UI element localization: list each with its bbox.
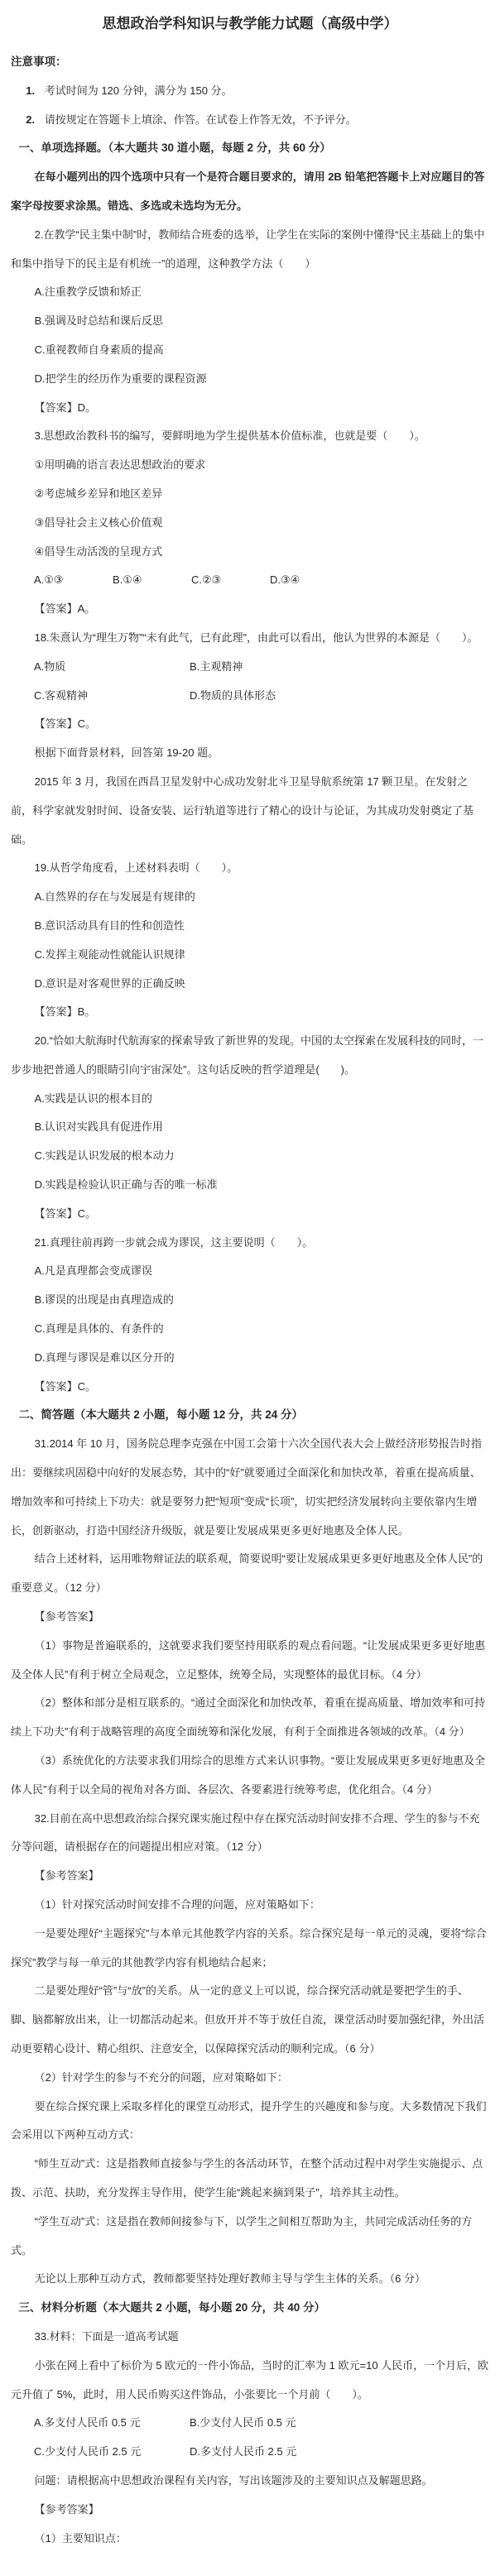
answer-point: （2）整体和部分是相互联系的。“通过全面深化和加快改革，着重在提高质量、增加效率… [11,1689,489,1747]
option-item: C.少支付人民币 2.5 元 [34,2438,190,2467]
question-20-option-d: D.实践是检验认识正确与否的唯一标准 [11,1171,489,1200]
exam-title: 思想政治学科知识与教学能力试题（高级中学） [11,13,489,35]
answer-point: （1）主要知识点： [11,2525,489,2554]
question-3-statement-3: ③倡导社会主义核心价值观 [11,509,489,538]
question-20-stem: 20.“恰如大航海时代航海家的探索导致了新世界的发现。中国的太空探索在发展科技的… [11,1027,489,1085]
option-item: A.物质 [34,653,190,682]
notice-number: 1. [26,84,35,97]
option-item: B.①④ [113,566,191,595]
question-2-option-d: D.把学生的经历作为重要的课程资源 [11,365,489,394]
option-item: B.主观精神 [190,653,243,682]
option-item: A.多支付人民币 0.5 元 [34,2409,190,2438]
notes-heading: 注意事项： [11,48,489,77]
answer-point: 要在综合探究课上采取多样化的课堂互动形式，提升学生的兴趣度和参与度。大多数情况下… [11,2093,489,2151]
question-21-option-d: D.真理与谬误是难以区分开的 [11,1344,489,1373]
question-33-option-row-1: A.多支付人民币 0.5 元B.少支付人民币 0.5 元 [11,2409,489,2438]
question-2-option-a: A.注重教学反馈和矫正 [11,278,489,307]
section-1-instructions: 在每小题列出的四个选项中只有一个是符合题目要求的，请用 2B 铅笔把答题卡上对应… [11,163,489,221]
option-item: B.少支付人民币 0.5 元 [190,2409,296,2438]
option-item: A.①③ [34,566,113,595]
reference-answer-label-q33: 【参考答案】 [11,2496,489,2525]
question-3-statement-1: ①用明确的语言表达思想政治的要求 [11,451,489,480]
notice-number: 2. [26,113,35,126]
question-19-option-b: B.意识活动具有目的性和创造性 [11,912,489,941]
option-item: C.客观精神 [34,682,190,711]
question-21-option-b: B.谬误的出现是由真理造成的 [11,1286,489,1315]
reference-answer-label-q31: 【参考答案】 [11,1603,489,1632]
question-33-task: 问题：请根据高中思想政治课程有关内容，写出该题涉及的主要知识点及解题思路。 [11,2467,489,2496]
section-3-heading: 三、材料分析题（本大题共 2 小题，每小题 20 分，共 40 分） [11,2294,489,2323]
question-2-option-c: C.重视教师自身素质的提高 [11,336,489,365]
question-3-stem: 3.思想政治教科书的编写，要鲜明地为学生提供基本价值标准，也就是要（ ）。 [11,422,489,451]
answer-point: “学生互动”式：这是指在教师间接参与下，以学生之间相互帮助为主，共同完成活动任务… [11,2208,489,2266]
question-31-task: 结合上述材料，运用唯物辩证法的联系观，简要说明“要让发展成果更多更好地惠及全体人… [11,1545,489,1603]
answer-q20: 【答案】C。 [11,1200,489,1229]
answer-q19: 【答案】B。 [11,998,489,1027]
question-19-stem: 19.从哲学角度看，上述材料表明（ ）。 [11,854,489,883]
reference-answer-label-q32: 【参考答案】 [11,1862,489,1891]
question-21-option-c: C.真理是具体的、有条件的 [11,1315,489,1344]
question-33-stem: 33.材料：下面是一道高考试题 [11,2323,489,2352]
question-3-statement-2: ②考虑城乡差异和地区差异 [11,480,489,509]
option-item: D.物质的具体形态 [190,682,276,711]
question-19-option-d: D.意识是对客观世界的正确反映 [11,970,489,999]
answer-point: 无论以上那种互动方式，教师都要坚持处理好教师主导与学生主体的关系。（6 分） [11,2265,489,2294]
question-19-option-a: A.自然界的存在与发展是有规律的 [11,883,489,912]
answer-point: 一是要处理好“主题探究”与本单元其他教学内容的关系。综合探究是每一单元的灵魂，要… [11,1920,489,1978]
answer-point: （3）系统优化的方法要求我们用综合的思维方式来认识事物。“要让发展成果更多更好地… [11,1747,489,1805]
exam-document: 思想政治学科知识与教学能力试题（高级中学）注意事项：1.考试时间为 120 分钟… [0,0,500,2576]
question-3-option-row: A.①③B.①④C.②③D.③④ [11,566,489,595]
option-item: C.②③ [191,566,270,595]
notice-item-1: 1.考试时间为 120 分钟，满分为 150 分。 [11,77,489,106]
question-31-stem: 31.2014 年 10 月，国务院总理李克强在中国工会第十六次全国代表大会上做… [11,1430,489,1545]
question-3-statement-4: ④倡导生动活泼的呈现方式 [11,538,489,567]
question-33-material: 小张在网上看中了标价为 5 欧元的一件小饰品，当时的汇率为 1 欧元=10 人民… [11,2352,489,2410]
question-18-option-row-2: C.客观精神D.物质的具体形态 [11,682,489,711]
answer-q2: 【答案】D。 [11,394,489,423]
section-2-heading: 二、简答题（本大题共 2 小题，每小题 12 分，共 24 分） [11,1401,489,1430]
question-20-option-b: B.认识对实践具有促进作用 [11,1113,489,1142]
section-1-heading: 一、单项选择题。（本大题共 30 道小题，每题 2 分，共 60 分） [11,134,489,163]
question-33-option-row-2: C.少支付人民币 2.5 元D.多支付人民币 2.5 元 [11,2438,489,2467]
question-2-stem: 2.在教学“民主集中制”时，教师结合班委的选举，让学生在实际的案例中懂得“民主基… [11,221,489,279]
answer-point: （1）针对探究活动时间安排不合理的问题，应对策略如下： [11,1891,489,1920]
question-19-option-c: C.发挥主观能动性就能认识规律 [11,941,489,970]
question-20-option-c: C.实践是认识发展的根本动力 [11,1142,489,1171]
material-text: 2015 年 3 月，我国在西昌卫星发射中心成功发射北斗卫星导航系统第 17 颗… [11,768,489,854]
notice-item-2: 2.请按规定在答题卡上填涂、作答。在试卷上作答无效，不予评分。 [11,106,489,135]
question-2-option-b: B.强调及时总结和课后反思 [11,307,489,336]
notice-text: 考试时间为 120 分钟，满分为 150 分。 [45,84,233,97]
answer-q3: 【答案】A。 [11,595,489,624]
answer-point: （1）事物是普遍联系的，这就要求我们要坚持用联系的观点看问题。“让发展成果更多更… [11,1632,489,1690]
answer-point: 二是要处理好“管”与“放”的关系。从一定的意义上可以说，综合探究活动就是要把学生… [11,1977,489,2063]
question-21-option-a: A.凡是真理都会变成谬误 [11,1257,489,1286]
answer-q18: 【答案】C。 [11,710,489,739]
question-18-option-row-1: A.物质B.主观精神 [11,653,489,682]
option-item: D.多支付人民币 2.5 元 [190,2438,296,2467]
question-32-stem: 32.目前在高中思想政治综合探究课实施过程中存在探究活动时间安排不合理、学生的参… [11,1805,489,1863]
option-item: D.③④ [270,566,300,595]
answer-q21: 【答案】C。 [11,1373,489,1402]
answer-point: （2）针对学生的参与不充分的问题，应对策略如下： [11,2064,489,2093]
question-20-option-a: A.实践是认识的根本目的 [11,1085,489,1114]
material-intro: 根据下面背景材料，回答第 19-20 题。 [11,739,489,768]
question-21-stem: 21.真理往前再跨一步就会成为谬误，这主要说明（ ）。 [11,1229,489,1258]
notice-text: 请按规定在答题卡上填涂、作答。在试卷上作答无效，不予评分。 [45,113,357,126]
question-18-stem: 18.朱熹认为“理生万物”“未有此气，已有此理”，由此可以看出，他认为世界的本源… [11,624,489,653]
answer-point: “师生互动”式：这是指教师直接参与学生的各活动环节，在整个活动过程中对学生实施提… [11,2150,489,2208]
